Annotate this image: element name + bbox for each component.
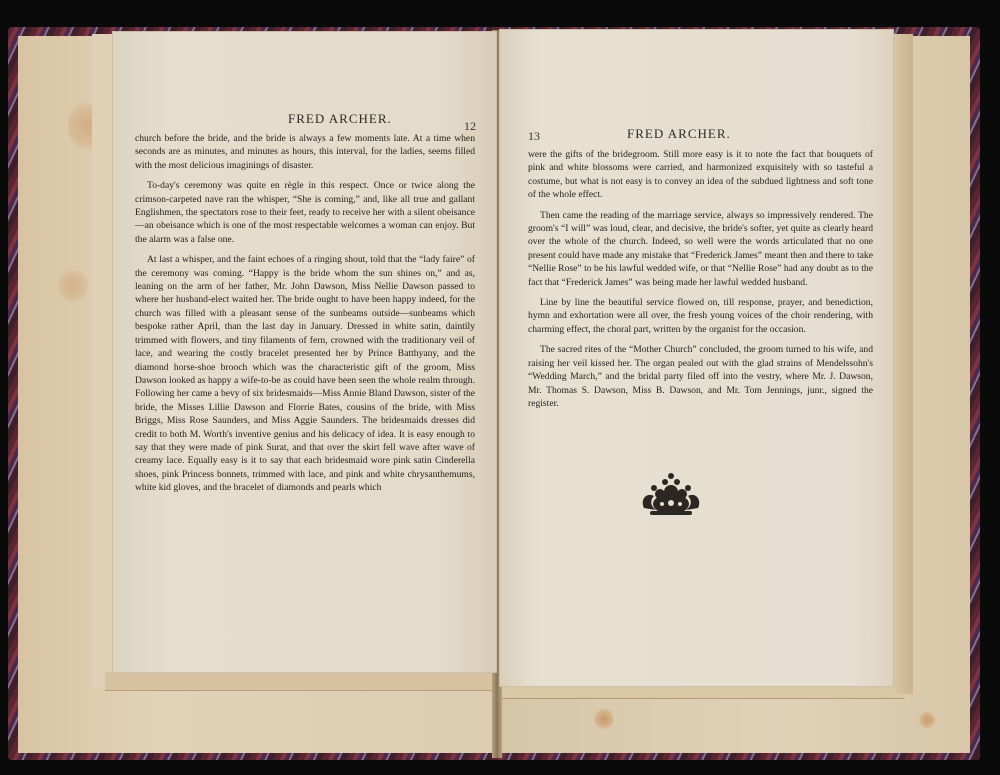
paragraph: To-day's ceremony was quite en règle in … — [135, 179, 475, 246]
left-text-block: church before the bride, and the bride i… — [135, 132, 475, 502]
paragraph: Line by line the beautiful service flowe… — [528, 296, 873, 336]
paragraph: The sacred rites of the “Mother Church” … — [528, 343, 873, 410]
left-page-stack-edge — [105, 672, 495, 691]
right-page: 13 FRED ARCHER. were the gifts of the br… — [500, 30, 893, 686]
paragraph: church before the bride, and the bride i… — [135, 132, 475, 172]
right-page-stack — [893, 34, 913, 694]
right-page-stack-edge — [500, 684, 905, 699]
foxing-stain — [593, 708, 615, 730]
floral-tailpiece-icon — [640, 470, 702, 516]
foxing-stain — [918, 711, 936, 729]
left-page: FRED ARCHER. 12 church before the bride,… — [113, 32, 496, 672]
right-running-head: FRED ARCHER. — [627, 126, 731, 142]
right-text-block: were the gifts of the bridegroom. Still … — [528, 148, 873, 417]
paragraph: Then came the reading of the marriage se… — [528, 209, 873, 289]
left-running-head: FRED ARCHER. — [288, 111, 392, 127]
right-folio: 13 — [528, 129, 540, 144]
foxing-stain — [58, 266, 88, 306]
paragraph: At last a whisper, and the faint echoes … — [135, 253, 475, 494]
paragraph: were the gifts of the bridegroom. Still … — [528, 148, 873, 202]
